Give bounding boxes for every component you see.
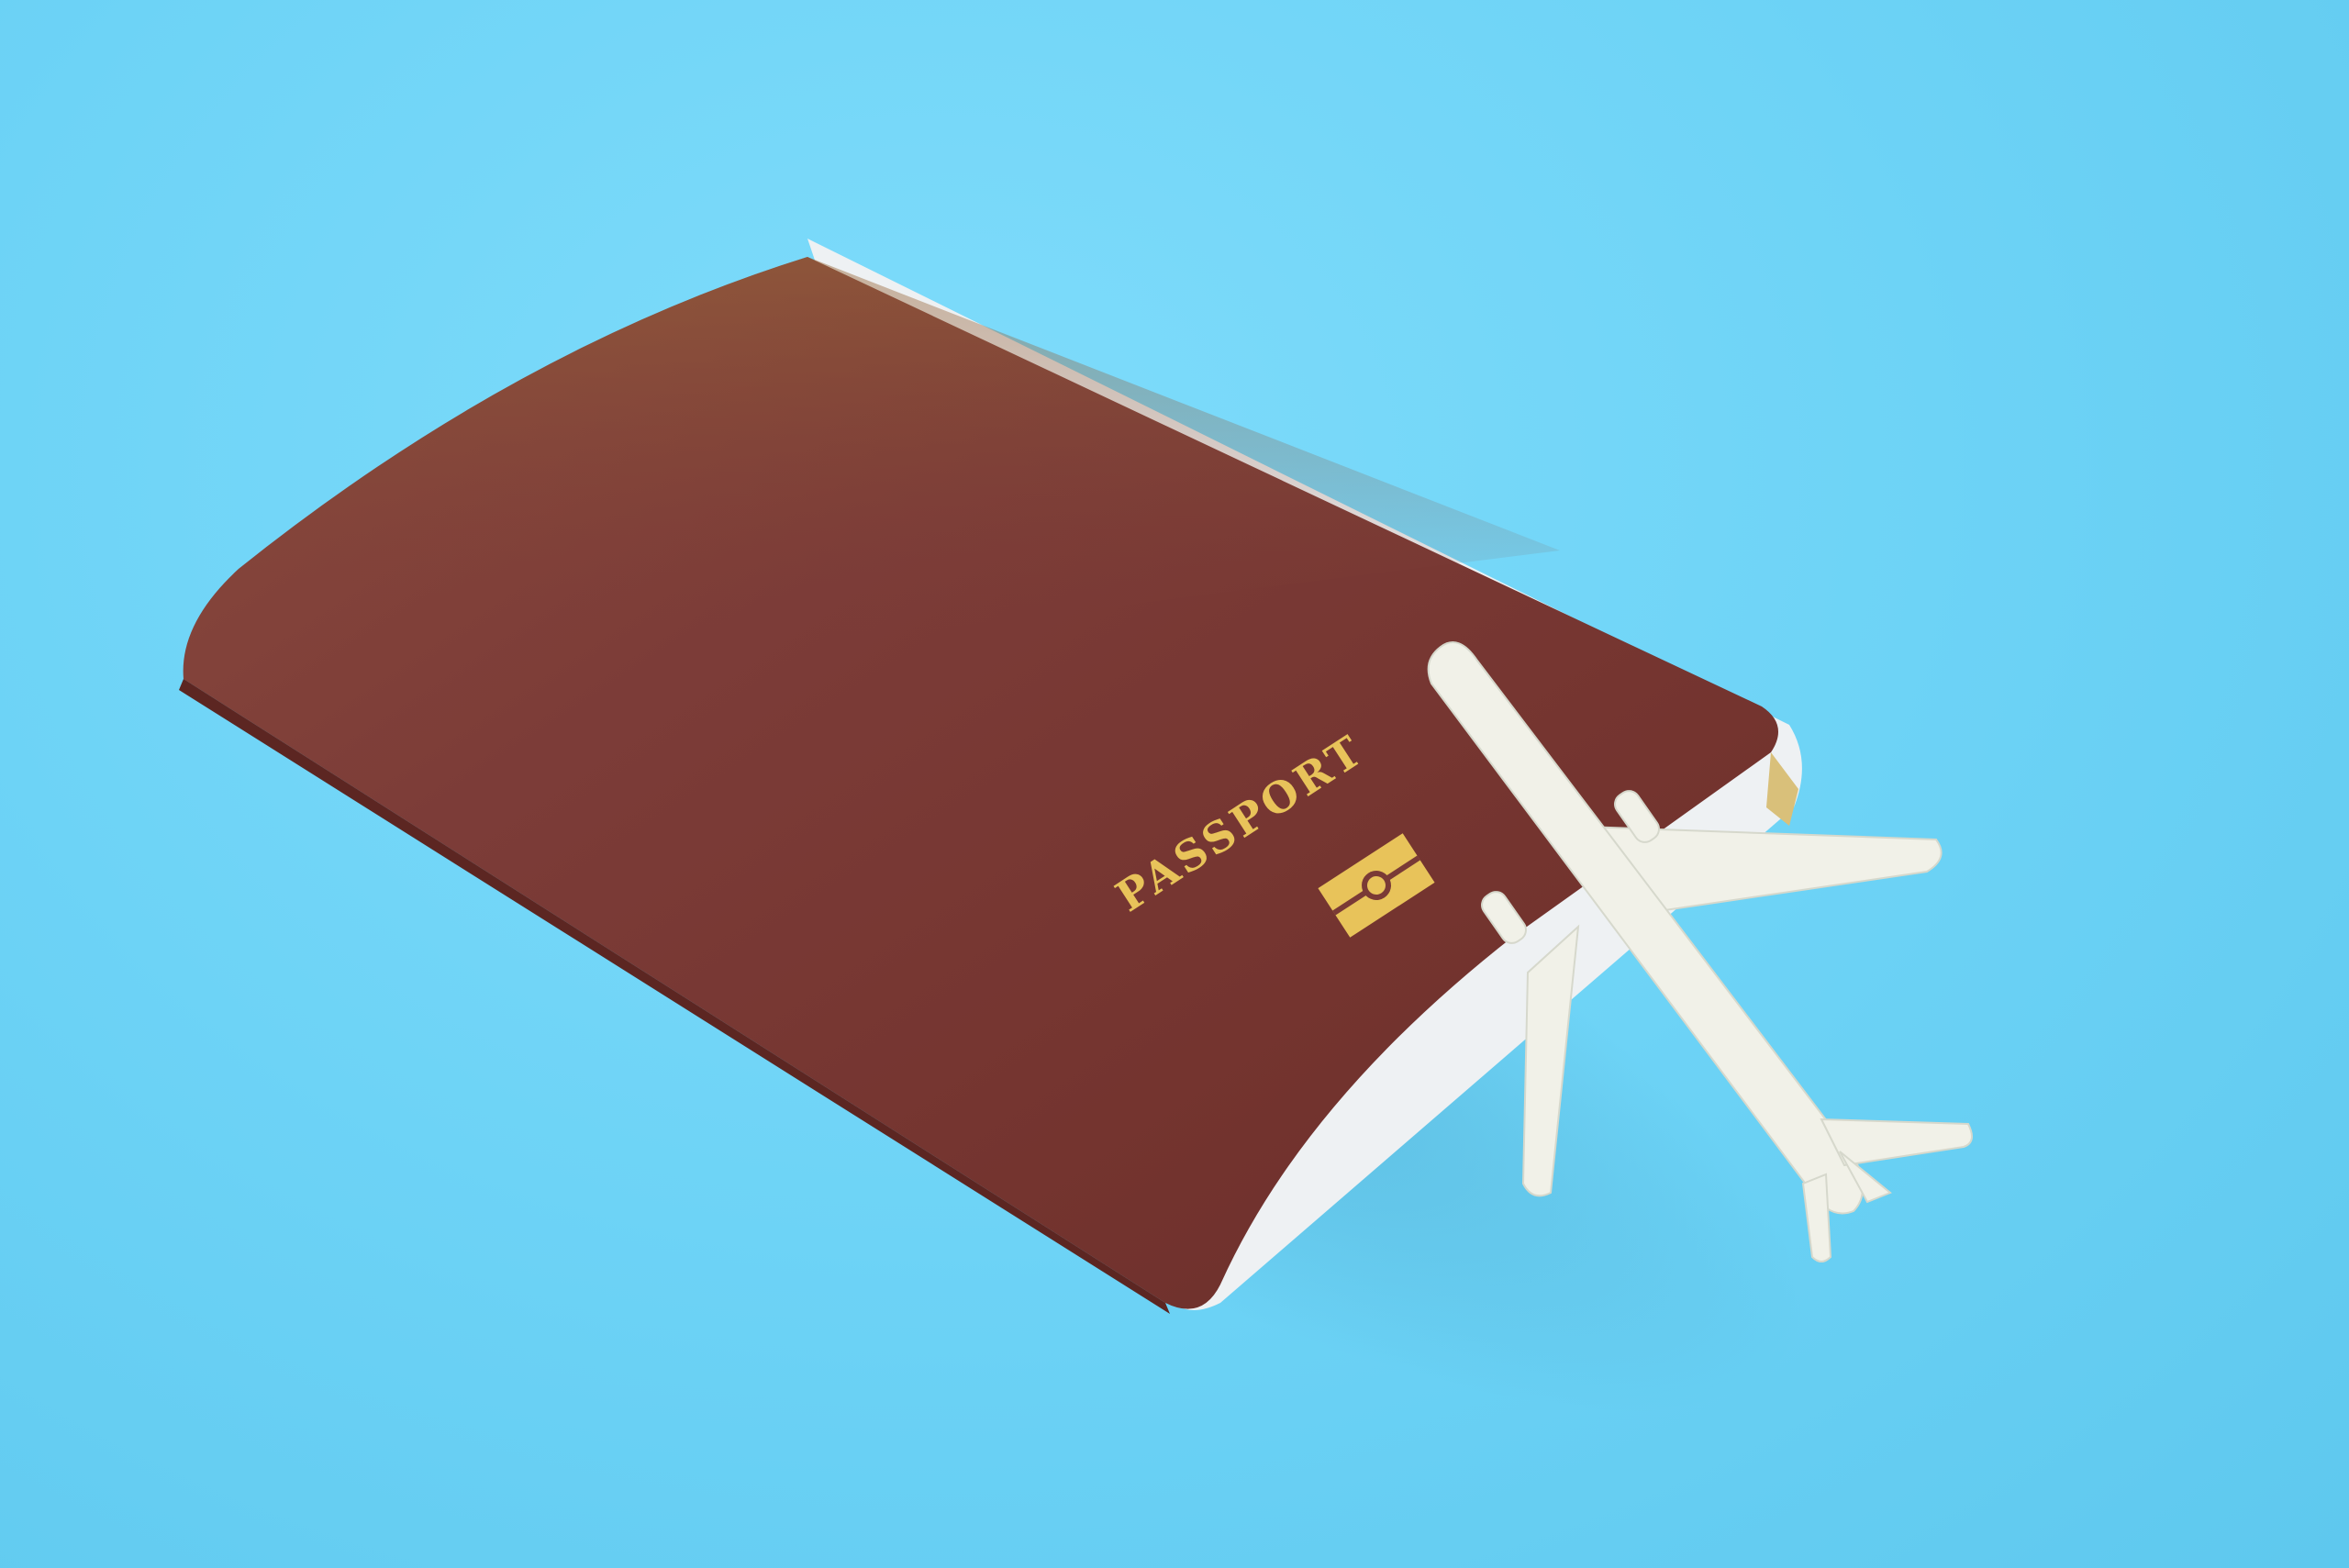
scene: PASSPORT (0, 0, 2349, 1568)
